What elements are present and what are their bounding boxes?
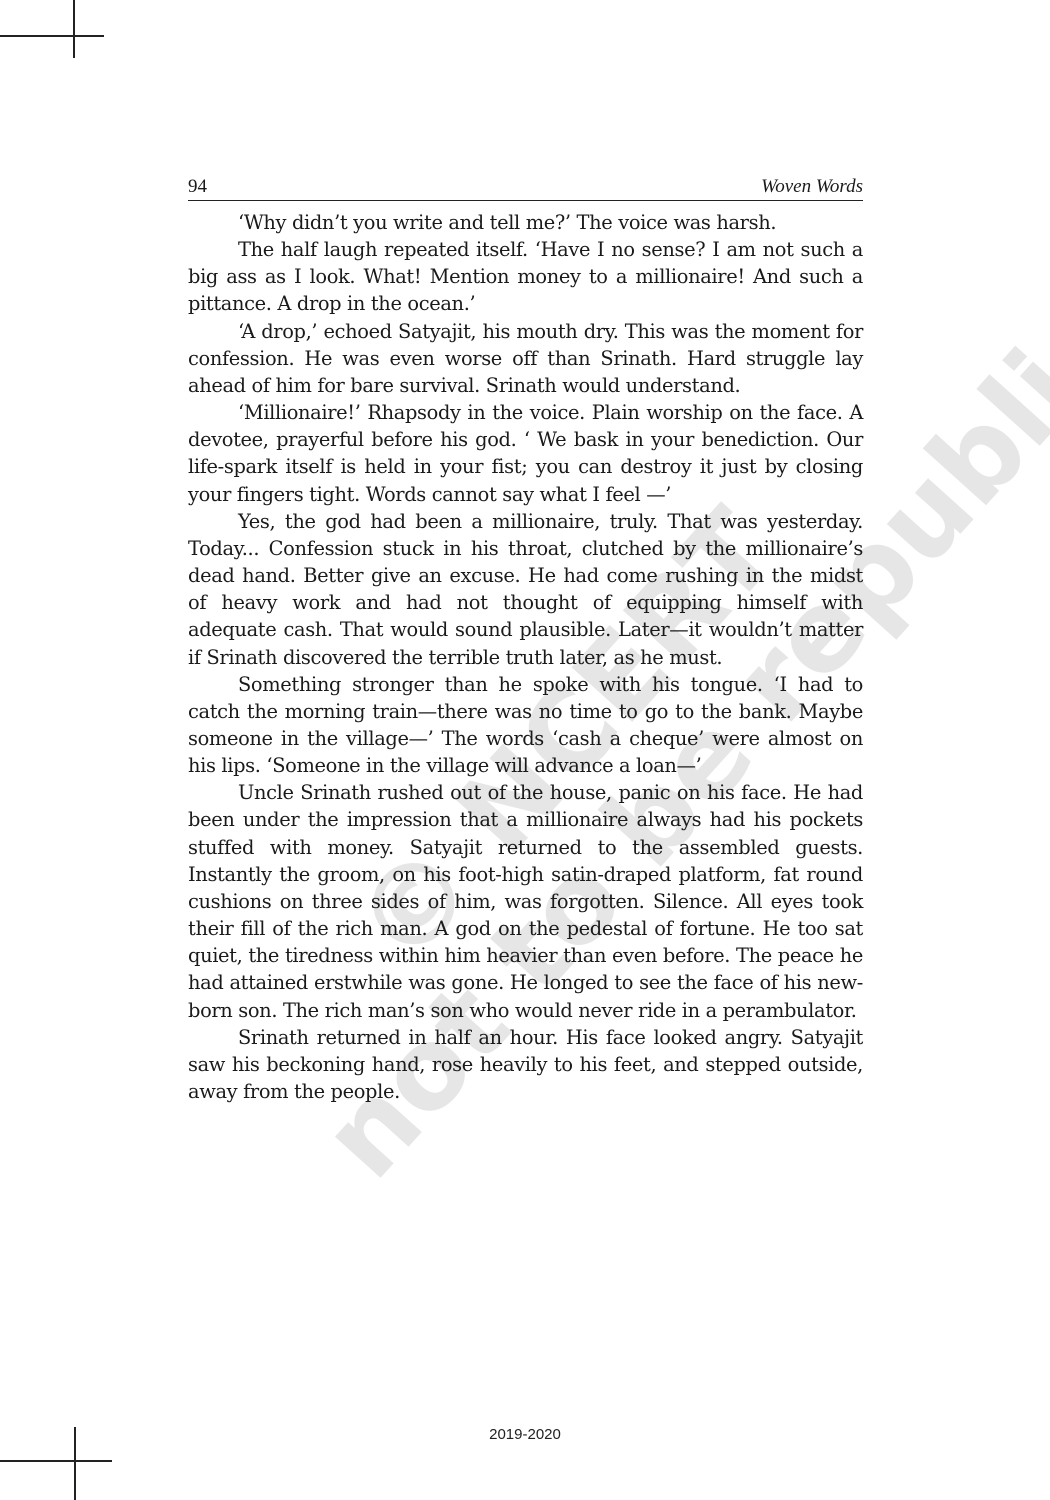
body-text: ‘Why didn’t you write and tell me?’ The … — [188, 209, 863, 1105]
crop-mark-bottom-left-horizontal — [0, 1460, 112, 1462]
paragraph: Uncle Srinath rushed out of the house, p… — [188, 779, 863, 1023]
page-number: 94 — [188, 176, 207, 198]
paragraph: Something stronger than he spoke with hi… — [188, 671, 863, 780]
paragraph: The half laugh repeated itself. ‘Have I … — [188, 236, 863, 317]
paragraph: ‘Millionaire!’ Rhapsody in the voice. Pl… — [188, 399, 863, 508]
footer-year: 2019-2020 — [0, 1426, 1050, 1443]
paragraph: ‘Why didn’t you write and tell me?’ The … — [188, 209, 863, 236]
paragraph: Yes, the god had been a millionaire, tru… — [188, 508, 863, 671]
running-head-title: Woven Words — [761, 176, 863, 198]
crop-mark-top-left-horizontal — [0, 35, 104, 37]
page-header: 94 Woven Words — [188, 176, 863, 201]
paragraph: Srinath returned in half an hour. His fa… — [188, 1024, 863, 1105]
paragraph: ‘A drop,’ echoed Satyajit, his mouth dry… — [188, 318, 863, 399]
crop-mark-top-left-vertical — [73, 0, 75, 58]
